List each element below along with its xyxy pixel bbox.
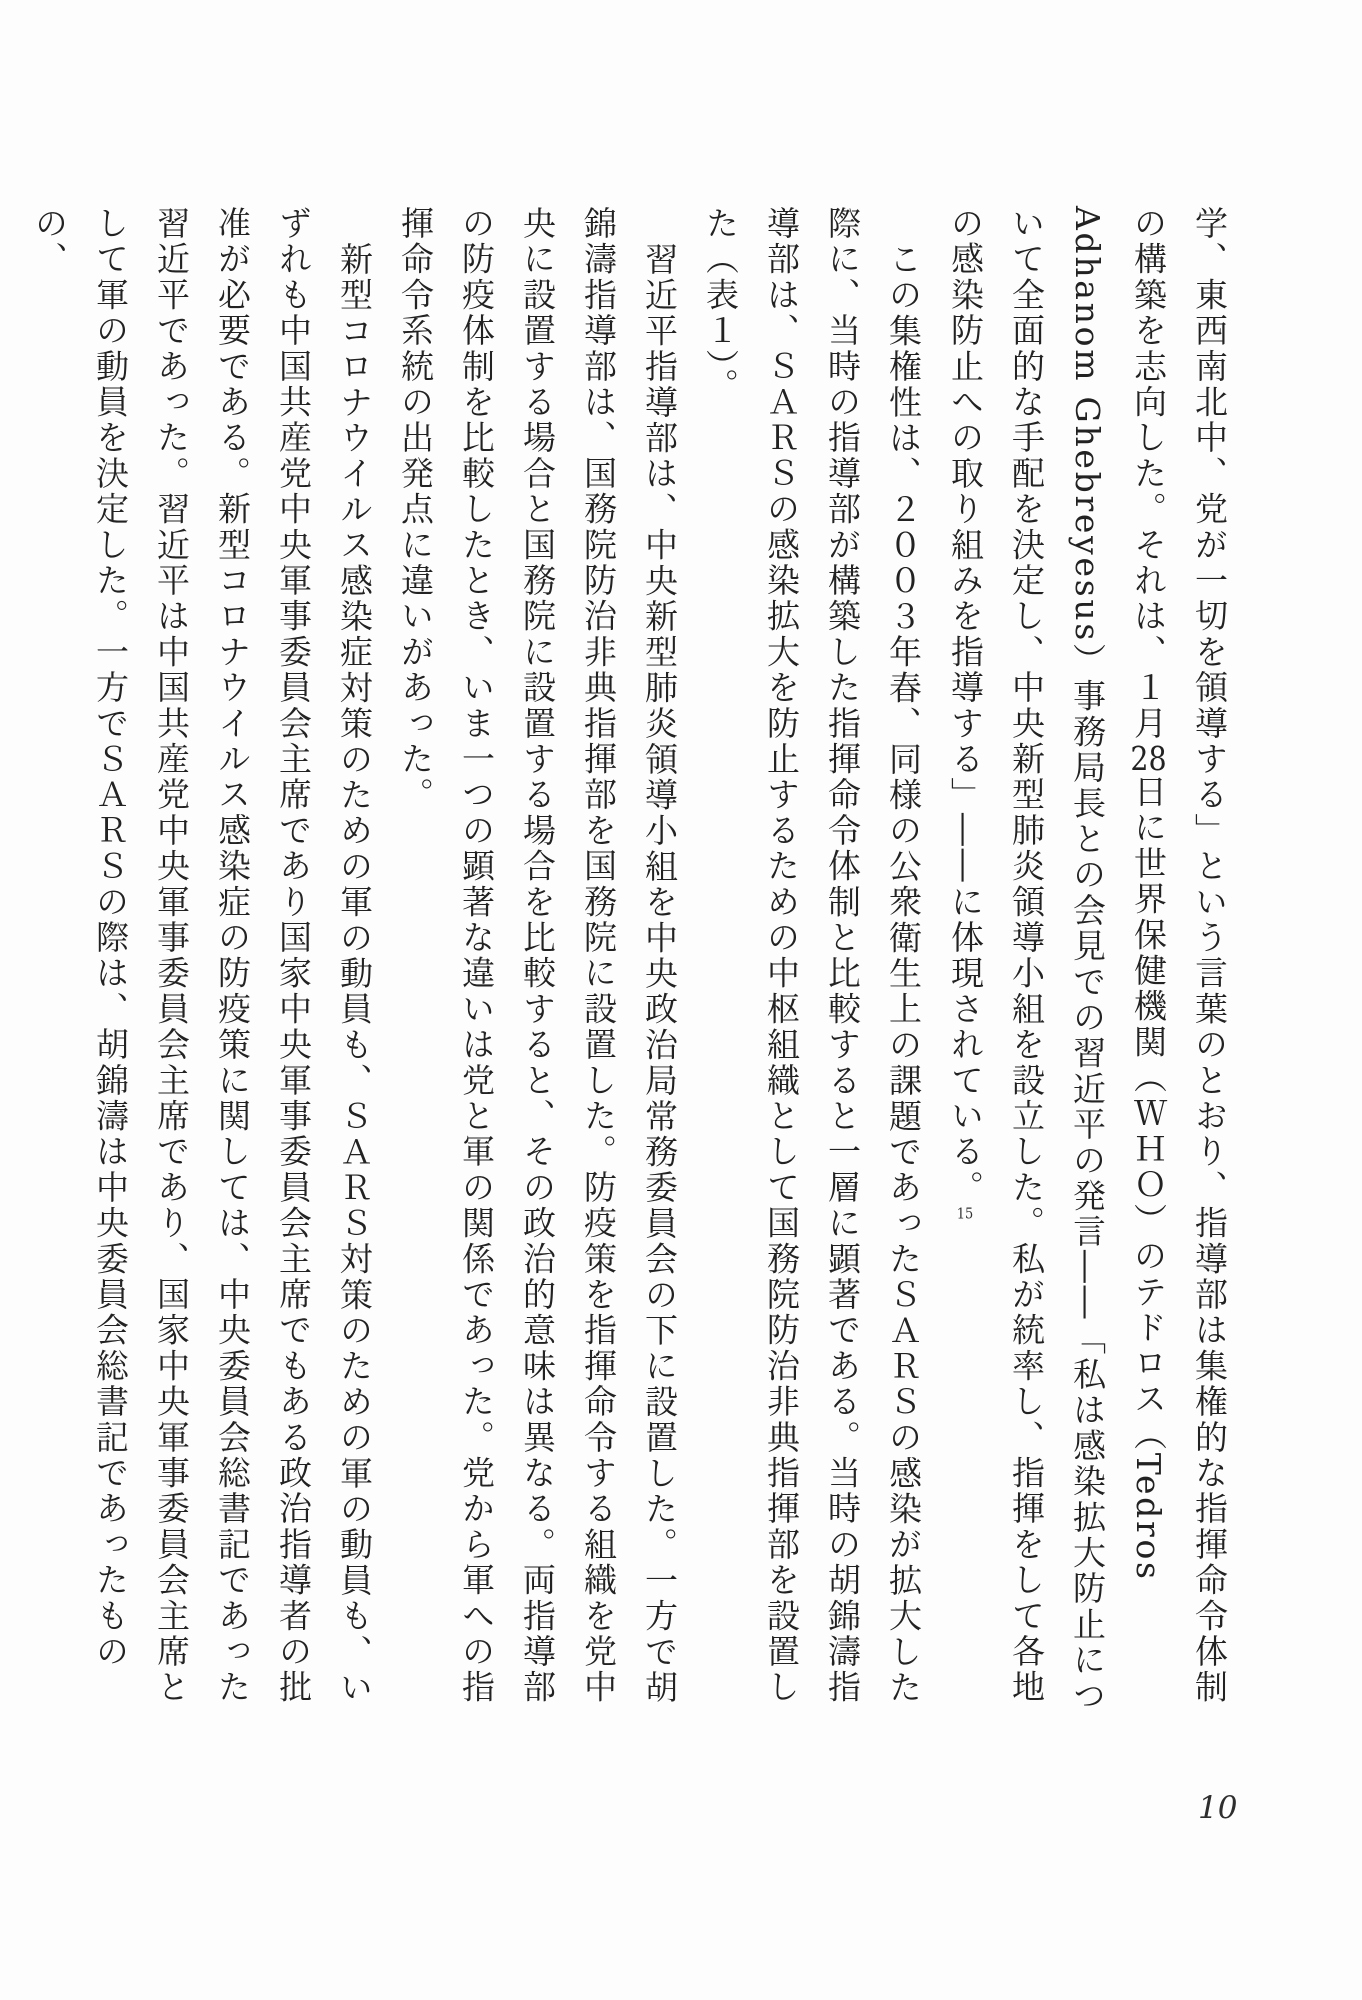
footnote-reference: 15 <box>956 1206 974 1221</box>
book-page: 学、東西南北中、党が一切を領導する」という言葉のとおり、指導部は集権的な指揮命令… <box>0 0 1362 2000</box>
vertical-text-block: 学、東西南北中、党が一切を領導する」という言葉のとおり、指導部は集権的な指揮命令… <box>136 206 1240 1718</box>
body-text: 新型コロナウイルス感染症対策のための軍の動員も、ＳＡＲＳ対策のための軍の動員も、… <box>30 206 374 1706</box>
body-text: この集権性は、２００３年春、同様の公衆衛生上の課題であったＳＡＲＳの感染が拡大し… <box>701 206 923 1706</box>
paragraph: 学、東西南北中、党が一切を領導する」という言葉のとおり、指導部は集権的な指揮命令… <box>934 206 1240 1718</box>
paragraph: 新型コロナウイルス感染症対策のための軍の動員も、ＳＡＲＳ対策のための軍の動員も、… <box>19 206 385 1718</box>
page-number: 10 <box>1198 1790 1237 1826</box>
paragraph: この集権性は、２００３年春、同様の公衆衛生上の課題であったＳＡＲＳの感染が拡大し… <box>690 206 934 1718</box>
paragraph: 習近平指導部は、中央新型肺炎領導小組を中央政治局常務委員会の下に設置した。一方で… <box>385 206 690 1718</box>
tatechuyoko-number: 28 <box>1129 742 1168 775</box>
body-text: 習近平指導部は、中央新型肺炎領導小組を中央政治局常務委員会の下に設置した。一方で… <box>396 206 679 1706</box>
